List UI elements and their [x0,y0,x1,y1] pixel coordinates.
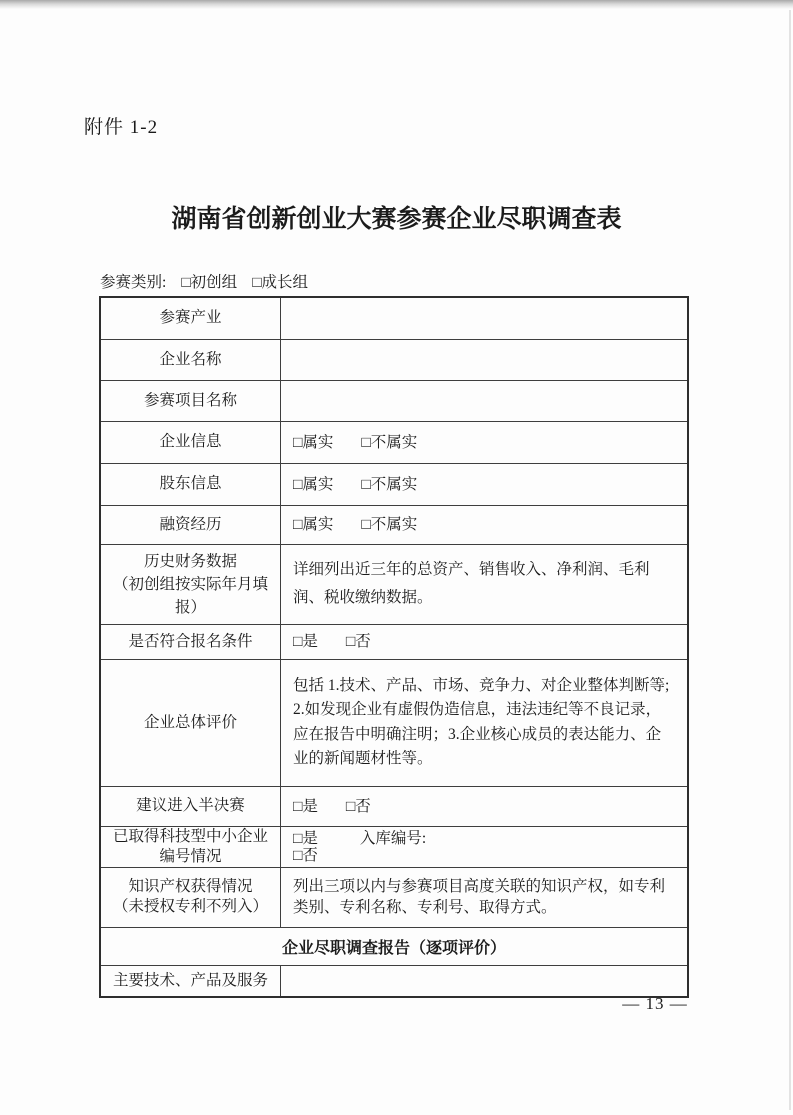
row-content-checkboxes: □是入库编号: □否 [281,826,689,867]
scan-right-edge-artifact [789,10,791,1110]
checkbox-no: □否 [293,847,318,864]
row-label: 建议进入半决赛 [100,786,281,826]
row-label: 企业信息 [100,421,281,463]
checkbox-yes: □是 [293,633,318,650]
table-row-intellectual-property: 知识产权获得情况 （未授权专利不列入） 列出三项以内与参赛项目高度关联的知识产权… [100,867,688,927]
checkbox-true: □属实 [293,434,333,451]
checkbox-true: □属实 [293,476,333,493]
table-row-project-name: 参赛项目名称 [100,380,688,421]
section-header-due-diligence-report: 企业尽职调查报告（逐项评价） [100,927,688,965]
page-number: — 13 — [610,994,700,1014]
checkbox-no: □否 [346,798,371,815]
category-line: 参赛类别:□初创组□成长组 [100,270,308,292]
row-content-empty [281,339,689,380]
table-row-overall-evaluation: 企业总体评价 包括 1.技术、产品、市场、竞争力、对企业整体判断等; 2.如发现… [100,659,688,786]
table-row-financing-history: 融资经历 □属实□不属实 [100,505,688,544]
row-label: 知识产权获得情况 （未授权专利不列入） [100,867,281,927]
category-checkbox-startup-group: □初创组 [181,274,237,291]
row-label: 已取得科技型中小企业 编号情况 [100,826,281,867]
checkbox-yes: □是 [293,830,318,847]
row-content-text: 包括 1.技术、产品、市场、竞争力、对企业整体判断等; 2.如发现企业有虚假伪造… [281,659,689,786]
row-content-checkboxes: □属实□不属实 [281,505,689,544]
checkbox-false: □不属实 [361,516,417,533]
page-title: 湖南省创新创业大赛参赛企业尽职调查表 [0,199,793,235]
registry-number-label: 入库编号: [360,830,426,847]
row-label: 股东信息 [100,463,281,505]
table-row-industry: 参赛产业 [100,297,688,339]
row-label: 参赛项目名称 [100,380,281,421]
row-label: 企业名称 [100,339,281,380]
checkbox-false: □不属实 [361,434,417,451]
table-row-company-info: 企业信息 □属实□不属实 [100,421,688,463]
checkbox-false: □不属实 [361,476,417,493]
table-row-sme-registration-number: 已取得科技型中小企业 编号情况 □是入库编号: □否 [100,826,688,867]
attachment-label: 附件 1-2 [84,112,158,139]
sme-line-2: □否 [293,847,675,864]
sme-line-1: □是入库编号: [293,830,675,847]
row-label: 企业总体评价 [100,659,281,786]
row-content-checkboxes: □是□否 [281,624,689,659]
row-label: 历史财务数据 （初创组按实际年月填 报） [100,544,281,624]
checkbox-yes: □是 [293,798,318,815]
row-content-empty [281,965,689,997]
row-label: 是否符合报名条件 [100,624,281,659]
category-checkbox-growth-group: □成长组 [252,274,308,291]
table-row-shareholder-info: 股东信息 □属实□不属实 [100,463,688,505]
checkbox-no: □否 [346,633,371,650]
category-label: 参赛类别: [100,274,166,291]
row-label: 融资经历 [100,505,281,544]
row-content-checkboxes: □是□否 [281,786,689,826]
row-content-text: 列出三项以内与参赛项目高度关联的知识产权，如专利类别、专利名称、专利号、取得方式… [281,867,689,927]
checkbox-true: □属实 [293,516,333,533]
table-row-semifinal-recommendation: 建议进入半决赛 □是□否 [100,786,688,826]
table-row-historical-financial-data: 历史财务数据 （初创组按实际年月填 报） 详细列出近三年的总资产、销售收入、净利… [100,544,688,624]
scan-top-edge-artifact [0,0,793,9]
row-content-empty [281,297,689,339]
table-row-company-name: 企业名称 [100,339,688,380]
table-row-registration-eligibility: 是否符合报名条件 □是□否 [100,624,688,659]
row-label: 参赛产业 [100,297,281,339]
due-diligence-table: 参赛产业 企业名称 参赛项目名称 企业信息 □属实□不属实 股东信息 □属实□不… [99,296,689,998]
row-content-checkboxes: □属实□不属实 [281,421,689,463]
row-content-checkboxes: □属实□不属实 [281,463,689,505]
row-content-text: 详细列出近三年的总资产、销售收入、净利润、毛利润、税收缴纳数据。 [281,544,689,624]
row-label: 主要技术、产品及服务 [100,965,281,997]
table-row-section-header: 企业尽职调查报告（逐项评价） [100,927,688,965]
table-row-main-tech-products-services: 主要技术、产品及服务 [100,965,688,997]
row-content-empty [281,380,689,421]
